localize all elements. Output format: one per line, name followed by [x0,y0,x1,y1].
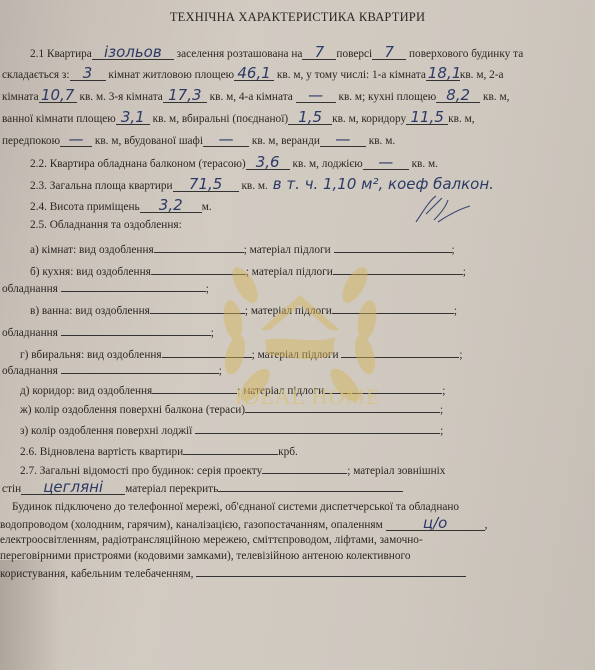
document-title: ТЕХНІЧНА ХАРАКТЕРИСТИКА КВАРТИРИ [0,10,595,25]
signature [412,192,472,226]
wall-material: цегляні [21,480,125,495]
line-2-5-b-equip: обладнання ; [2,280,209,296]
line-2-1-b: складається з:3 кімнат житловою площею46… [2,66,504,82]
line-2-5-g: г) вбиральня: вид оздоблення; матеріал п… [20,346,463,362]
building-floors-value: 7 [372,45,406,60]
heating-type: ц/о [386,516,485,531]
line-2-5-v: в) ванна: вид оздоблення; матеріал підло… [30,302,457,318]
line-2-4: 2.4. Висота приміщень3,2м. [30,198,212,214]
line-2-6: 2.6. Відновлена вартість квартирикрб. [20,443,298,459]
line-2-7-f: переговірними пристроями (кодовими замка… [0,549,411,563]
line-2-7-d: водопроводом (холодним, гарячим), каналі… [0,516,487,532]
line-2-1-d: ванної кімнати площею3,1 кв. м, вбиральн… [2,110,475,126]
hallway-area: — [60,132,92,147]
room3-area: 17,3 [163,88,207,103]
settlement-type: ізольов [92,45,174,60]
closet-area: — [203,132,249,147]
bathroom-area: 3,1 [116,110,150,125]
room2-area: 10,7 [39,88,77,103]
corridor-area: 11,5 [406,110,448,125]
loggia-area: — [363,155,409,170]
line-2-3: 2.3. Загальна площа квартири71,5 кв. м. … [30,177,496,193]
line-2-5-z: з) колір оздоблення поверхні лоджії ; [20,422,443,438]
kitchen-area: 8,2 [436,88,480,103]
room4-area: — [296,88,336,103]
line-2-7-b: стінцегляніматеріал перекрить [2,480,403,496]
balcony-area: 3,6 [246,155,290,170]
line-2-5-g-equip: обладнання ; [2,362,222,378]
rooms-count: 3 [70,66,106,81]
floor-value: 7 [302,45,336,60]
living-area: 46,1 [234,66,274,81]
veranda-area: — [320,132,366,147]
watermark-text: IDEAL HOME [235,384,380,410]
line-2-5-d: д) коридор: вид оздоблення; матеріал під… [20,382,445,398]
line-2-7-g: користування, кабельним телебаченням, [0,565,466,581]
ceiling-height: 3,2 [140,198,202,213]
line-2-5-b: б) кухня: вид оздоблення; матеріал підло… [30,263,466,279]
room1-area: 18,1 [426,66,460,81]
line-2-1-a: 2.1 Квартираізольов заселення розташован… [30,45,523,61]
line-2-1-e: передпокою— кв. м, вбудованої шафі— кв. … [2,132,395,148]
toilet-area: 1,5 [288,110,332,125]
line-2-5-heading: 2.5. Обладнання та оздоблення: [30,218,182,232]
total-area: 71,5 [173,177,239,192]
line-2-7-a: 2.7. Загальні відомості про будинок: сер… [20,462,445,478]
total-area-note: в т. ч. 1,10 м², коеф балкон. [271,177,496,191]
line-2-7-c: Будинок підключено до телефонної мережі,… [12,500,459,514]
line-2-5-a: а) кімнат: вид оздоблення; матеріал підл… [30,241,455,257]
line-2-7-e: електроосвітленням, радіотрансляційною м… [0,533,423,547]
line-2-1-c: кімната10,7 кв. м. 3-я кімната17,3 кв. м… [2,88,509,104]
line-2-5-v-equip: обладнання ; [2,324,214,340]
line-2-2: 2.2. Квартира обладнана балконом (терасо… [30,155,438,171]
